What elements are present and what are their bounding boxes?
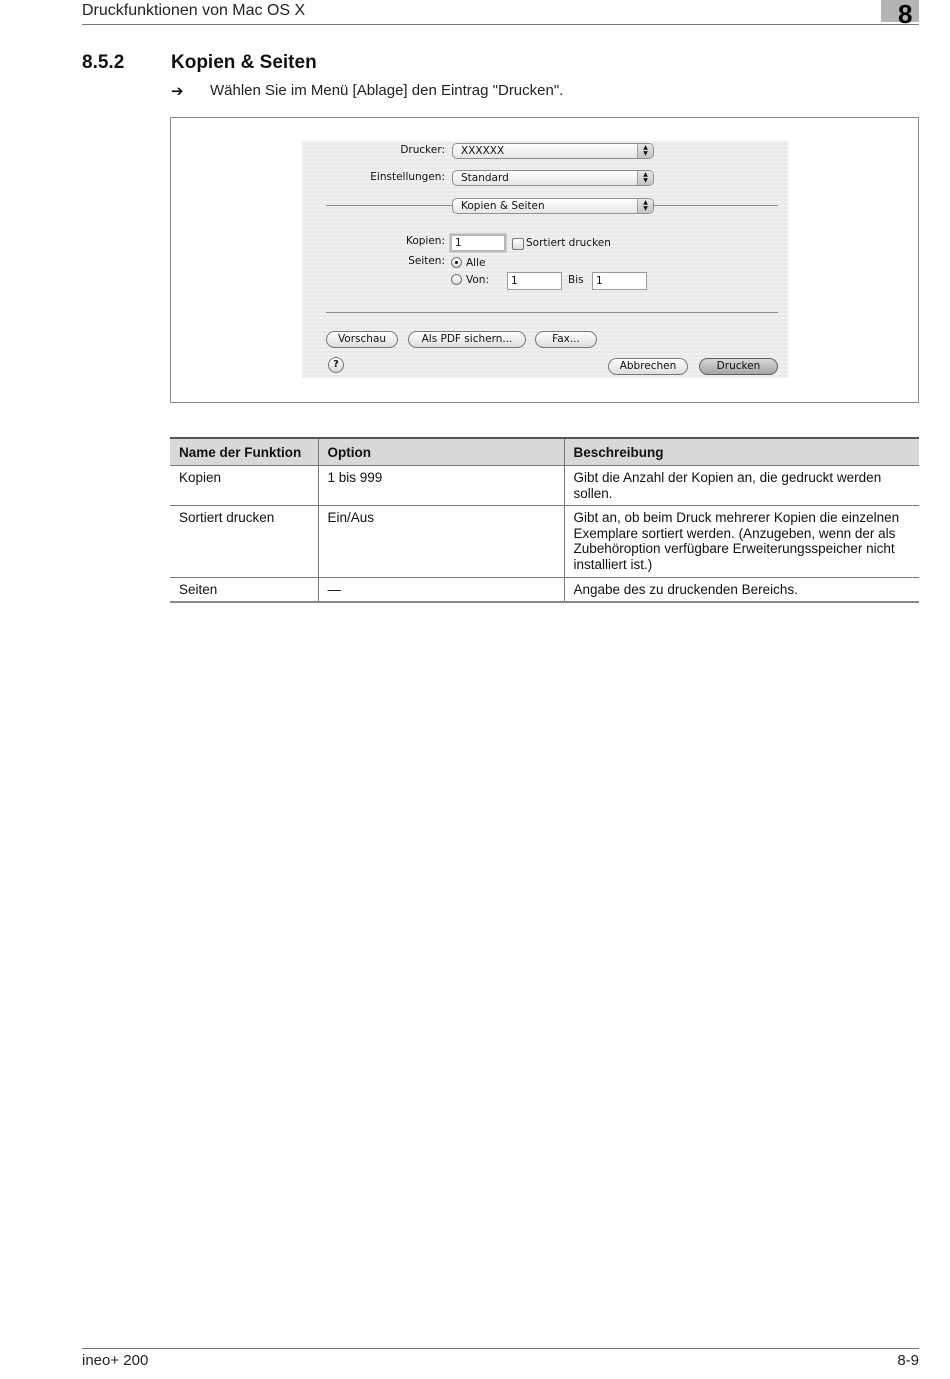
presets-value: Standard	[461, 172, 509, 184]
cancel-button[interactable]: Abbrechen	[608, 358, 688, 375]
pages-range-radio[interactable]	[451, 274, 462, 285]
presets-label: Einstellungen:	[305, 171, 445, 183]
save-pdf-button[interactable]: Als PDF sichern...	[408, 331, 526, 348]
print-button[interactable]: Drucken	[699, 358, 778, 375]
option-cell: —	[318, 577, 564, 602]
printer-value: XXXXXX	[461, 145, 504, 157]
separator	[654, 205, 778, 206]
table-row: Seiten — Angabe des zu druckenden Bereic…	[170, 577, 919, 602]
function-name-cell: Sortiert drucken	[170, 506, 318, 577]
collate-checkbox[interactable]	[512, 238, 524, 250]
column-header: Option	[318, 438, 564, 466]
pages-to-input[interactable]: 1	[592, 272, 647, 290]
pages-all-label: Alle	[466, 257, 485, 269]
table-row: Sortiert drucken Ein/Aus Gibt an, ob bei…	[170, 506, 919, 577]
panel-value: Kopien & Seiten	[461, 200, 545, 212]
option-cell: 1 bis 999	[318, 466, 564, 506]
pages-all-radio[interactable]	[451, 257, 462, 268]
separator	[326, 312, 778, 313]
description-cell: Angabe des zu druckenden Bereichs.	[564, 577, 919, 602]
footer-page-number: 8-9	[897, 1352, 919, 1369]
footer-product: ineo+ 200	[82, 1352, 148, 1369]
collate-label: Sortiert drucken	[526, 237, 611, 249]
table-header-row: Name der Funktion Option Beschreibung	[170, 438, 919, 466]
arrow-right-icon: ➔	[171, 82, 184, 100]
column-header: Name der Funktion	[170, 438, 318, 466]
description-cell: Gibt die Anzahl der Kopien an, die gedru…	[564, 466, 919, 506]
printer-popup[interactable]: XXXXXX ▲▼	[452, 143, 654, 159]
presets-popup[interactable]: Standard ▲▼	[452, 170, 654, 186]
footer-rule	[82, 1348, 919, 1349]
panel-popup[interactable]: Kopien & Seiten ▲▼	[452, 198, 654, 214]
pages-from-input[interactable]: 1	[507, 272, 562, 290]
pages-label: Seiten:	[305, 255, 445, 267]
function-table: Name der Funktion Option Beschreibung Ko…	[170, 437, 919, 603]
function-name-cell: Seiten	[170, 577, 318, 602]
print-dialog: Drucker: XXXXXX ▲▼ Einstellungen: Standa…	[302, 141, 788, 378]
printer-label: Drucker:	[305, 144, 445, 156]
option-cell: Ein/Aus	[318, 506, 564, 577]
section-number: 8.5.2	[82, 52, 124, 74]
popup-arrows-icon: ▲▼	[637, 171, 653, 185]
popup-arrows-icon: ▲▼	[637, 199, 653, 213]
chapter-number: 8	[898, 0, 912, 29]
separator	[326, 205, 452, 206]
step-instruction: Wählen Sie im Menü [Ablage] den Eintrag …	[210, 82, 563, 99]
column-header: Beschreibung	[564, 438, 919, 466]
preview-button[interactable]: Vorschau	[326, 331, 398, 348]
popup-arrows-icon: ▲▼	[637, 144, 653, 158]
header-rule	[82, 24, 919, 25]
copies-input[interactable]: 1	[450, 234, 506, 252]
table-row: Kopien 1 bis 999 Gibt die Anzahl der Kop…	[170, 466, 919, 506]
fax-button[interactable]: Fax...	[535, 331, 597, 348]
pages-to-label: Bis	[568, 274, 584, 286]
function-name-cell: Kopien	[170, 466, 318, 506]
copies-label: Kopien:	[305, 235, 445, 247]
running-header-title: Druckfunktionen von Mac OS X	[82, 2, 305, 20]
pages-from-label: Von:	[466, 274, 489, 286]
section-title: Kopien & Seiten	[171, 52, 317, 74]
description-cell: Gibt an, ob beim Druck mehrerer Kopien d…	[564, 506, 919, 577]
help-icon[interactable]: ?	[328, 357, 344, 373]
